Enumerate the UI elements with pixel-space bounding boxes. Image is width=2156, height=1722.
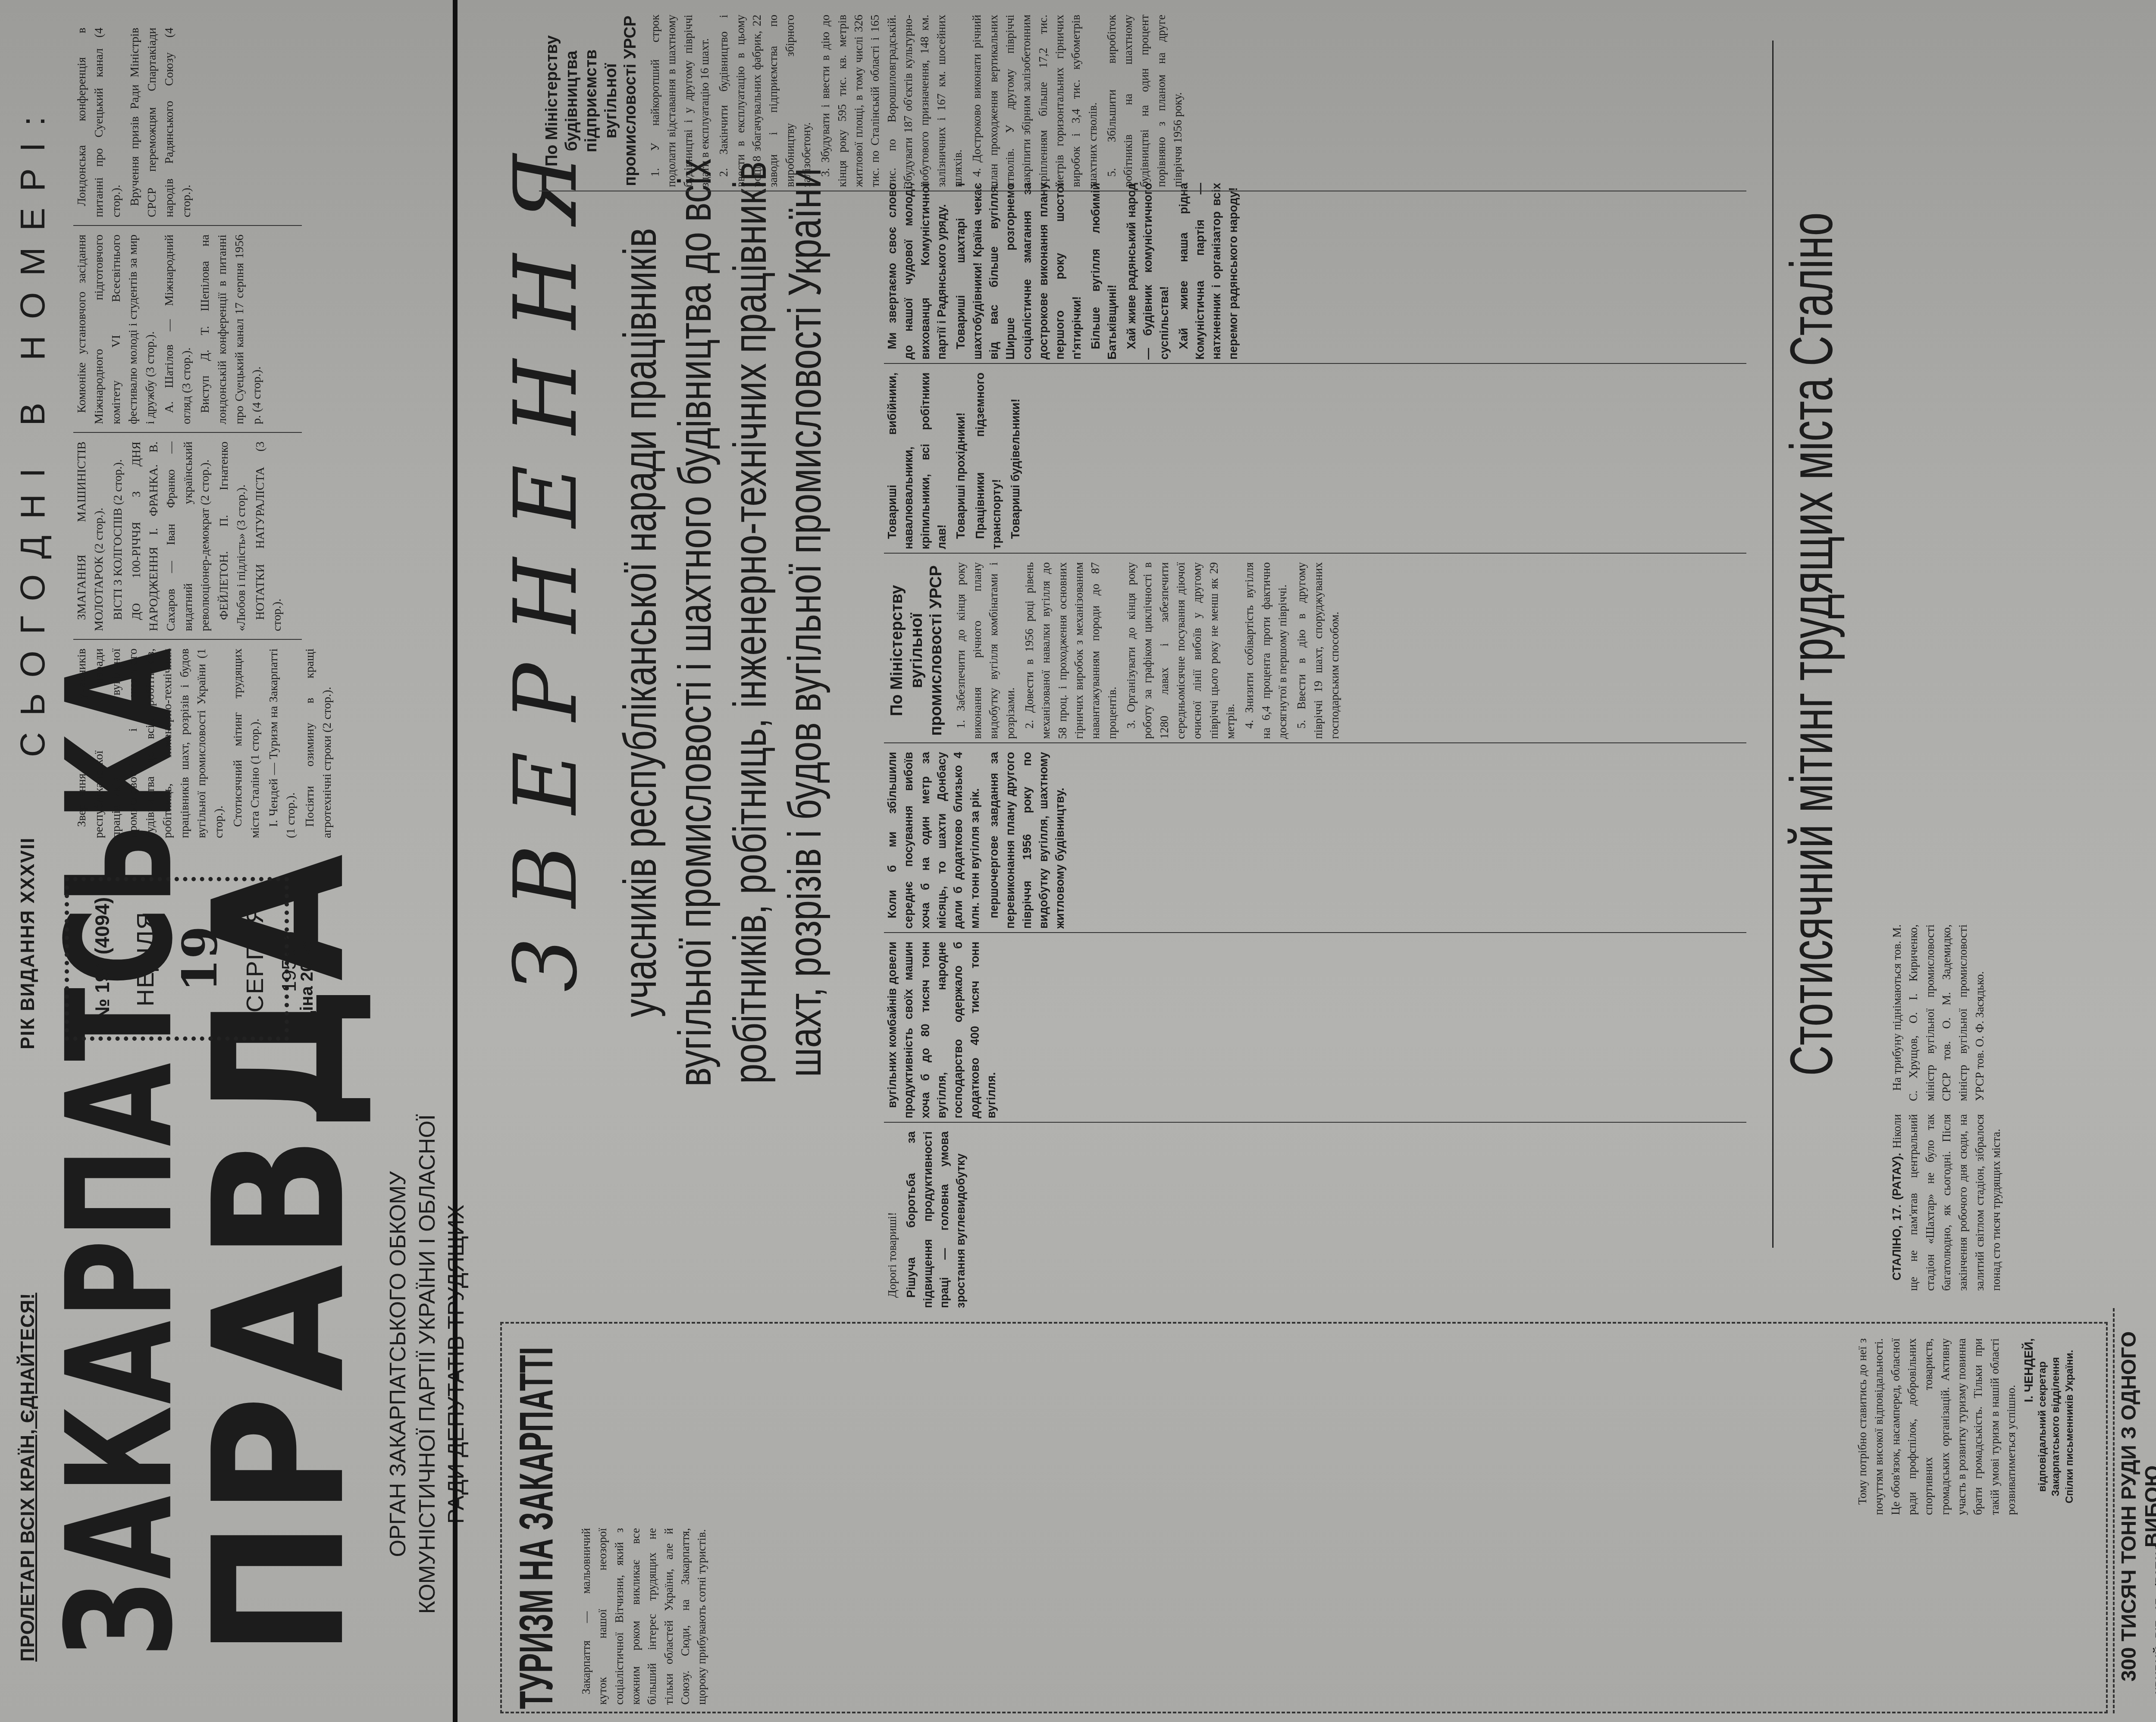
ministry-build-heading: По Міністерству будівництва підприємств … xyxy=(542,15,641,187)
in-this-issue-col-2: ЗМАГАННЯ МАШИНІСТІВ МОЛОТАРОК (2 стор.).… xyxy=(73,441,288,631)
issue-price: Ціна 20 коп. xyxy=(298,923,317,1024)
tourism-author: І. ЧЕНДЕЙ, xyxy=(2022,1338,2036,1515)
appeal-title: ЗВЕРНЕННЯ xyxy=(496,84,596,1032)
ore-headline: 300 ТИСЯЧ ТОНН РУДИ З ОДНОГО ВИБОЮ xyxy=(2117,1308,2156,1705)
issue-number: № 194 (4094) xyxy=(91,881,114,1036)
appeal-lead: вугільних комбайнів довели продуктивніст… xyxy=(886,942,998,1118)
column-rule xyxy=(884,1122,1746,1123)
appeal-col-3: Коли б ми збільшили середнє посування ви… xyxy=(884,752,1071,929)
ministry-build-point: 1. У найкоротший строк подолати відстава… xyxy=(647,15,713,187)
column-rule xyxy=(73,432,302,433)
issue-item: ДО 100-РІЧЧЯ З ДНЯ НАРОДЖЕННЯ І. ФРАНКА.… xyxy=(128,441,214,631)
stalino-lead: Ніколи ще не пам'ятав центральний стадіо… xyxy=(1890,1114,2002,1291)
tourism-col-1: Закарпаття — мальовничий куток нашої нео… xyxy=(578,1528,713,1705)
column-rule xyxy=(884,932,1746,933)
column-rule xyxy=(73,225,302,226)
appeal-closing-line: Хай живе наша рідна Комуністична партія … xyxy=(1177,183,1240,360)
issue-item: Вручення призів Ради Міністрів СРСР пере… xyxy=(126,28,195,217)
issue-item: Звернення учасників республіканської нар… xyxy=(73,648,228,838)
stalino-col-1: СТАЛІНО, 17. (РАТАУ). Ніколи ще не пам'я… xyxy=(1889,1114,2007,1291)
ministry-coal-point: 2. Довести в 1956 році рівень механізова… xyxy=(1021,562,1120,739)
ministry-coal-point: 4. Знизити собівартість вугілля на 6,4 п… xyxy=(1241,562,1291,739)
appeal-closing-line: Товариші шахтарі і шахтобудівники! Країн… xyxy=(954,183,1083,360)
masthead-organ: ОРГАН ЗАКАРПАТСЬКОГО ОБКОМУ КОМУНІСТИЧНО… xyxy=(384,1084,471,1644)
appeal-ministry-build: По Міністерству будівництва підприємств … xyxy=(539,15,1188,187)
issue-weekday: НЕДІЛЯ xyxy=(131,881,159,1036)
appeal-col-2: вугільних комбайнів довели продуктивніст… xyxy=(884,942,1002,1118)
issue-item: Виступ Д. Т. Шепілова на лондонській кон… xyxy=(197,235,265,424)
stalino-col-2: На трибуну піднімаються тов. М. С. Хрущо… xyxy=(1889,924,1990,1101)
appeal-call: Товариші прохідники! xyxy=(954,413,967,539)
appeal-ministry-coal: По Міністерству вугільної промисловості … xyxy=(884,562,1345,739)
ministry-coal-point: 5. Ввести в дію в другому півріччі 19 ша… xyxy=(1293,562,1343,739)
issue-item: І. Чендей — Туризм на Закарпатті (1 стор… xyxy=(265,648,300,838)
ore-dateline: КРИВИЙ РІГ, 17. (РАТАУ). xyxy=(2153,1540,2156,1694)
tourism-author-title: відповідальний секретар Закарпатського в… xyxy=(2036,1338,2076,1515)
appeal-closing-line: Ми звертаємо своє слово до нашої чудової… xyxy=(886,183,948,360)
appeal-closing: Ми звертаємо своє слово до нашої чудової… xyxy=(884,183,1244,360)
tourism-paragraph: Тому потрібно ставитись до неї з почуття… xyxy=(1854,1338,2019,1515)
column-rule xyxy=(884,553,1746,554)
in-this-issue-col-1: Звернення учасників республіканської нар… xyxy=(73,648,337,838)
appeal-pledge: першочергове завдання за перевиконання п… xyxy=(987,752,1066,929)
issue-item: ФЕЙЛЕТОН. П. Ігнатенко «Любов і підлість… xyxy=(216,441,250,631)
in-this-issue-title: СЬОГОДНІ В НОМЕРІ: xyxy=(13,19,53,838)
issue-day: 19 xyxy=(172,881,228,1036)
issue-item: Стотисячний мітинг трудящих міста Сталін… xyxy=(229,648,264,838)
issue-item: ВІСТІ З КОЛГОСПІВ (2 стор.). xyxy=(110,441,127,631)
issue-item: Посіяти озимину в кращі агротехнічні стр… xyxy=(301,648,336,838)
ministry-build-point: 4. Достроково виконати річний план прохо… xyxy=(968,15,1101,187)
ministry-build-point: 2. Закінчити будівництво і ввести в експ… xyxy=(715,15,815,187)
newspaper-page: ПРОЛЕТАРІ ВСІХ КРАЇН, ЄДНАЙТЕСЯ! РІК ВИД… xyxy=(0,0,2156,1722)
appeal-col-1: Дорогі товариші! Рішуча боротьба за підв… xyxy=(884,1131,972,1308)
in-this-issue-col-3: Комюніке установчого засідання Міжнародн… xyxy=(73,235,267,424)
appeal-closing-line: Хай живе радянський народ — будівник ком… xyxy=(1125,183,1171,360)
tourism-paragraph: Закарпаття — мальовничий куток нашої нео… xyxy=(578,1528,710,1705)
section-rule xyxy=(1772,41,1774,1248)
ministry-coal-heading: По Міністерству вугільної промисловості … xyxy=(887,562,946,739)
column-rule xyxy=(73,639,302,640)
stalino-dateline: СТАЛІНО, 17. (РАТАУ). xyxy=(1890,1153,1903,1281)
issue-item: Лондонська конференція в питанні про Суе… xyxy=(73,28,125,217)
issue-date-box: № 194 (4094) НЕДІЛЯ 19 СЕРПНЯ 1956 р. xyxy=(65,877,289,1041)
issue-item: А. Шатілов — Міжнародний огляд (3 стор.)… xyxy=(161,235,195,424)
appeal-comrades: Товариші вибійники, навалювальники, кріп… xyxy=(884,373,1027,549)
appeal-middle: Коли б ми збільшили середнє посування ви… xyxy=(886,752,981,929)
issue-item: НОТАТКИ НАТУРАЛІСТА (3 стор.). xyxy=(252,441,286,631)
ministry-build-point: 3. Збудувати і ввести в дію до кінця рок… xyxy=(817,15,966,187)
masthead-divider xyxy=(453,0,458,1722)
issue-year: 1956 р. xyxy=(277,881,301,1036)
column-rule xyxy=(884,742,1746,743)
appeal-call: Товариші вибійники, навалювальники, кріп… xyxy=(886,373,948,549)
appeal-section-heading: Рішуча боротьба за підвищення продуктивн… xyxy=(905,1131,967,1308)
ore-body: КРИВИЙ РІГ, 17. (РАТАУ). Тут одержано по… xyxy=(2152,1317,2156,1705)
ministry-coal-point: 1. Забезпечити до кінця року виконання р… xyxy=(953,562,1018,739)
issue-month: СЕРПНЯ xyxy=(241,881,269,1036)
issue-item: Комюніке установчого засідання Міжнародн… xyxy=(73,235,159,424)
tourism-headline: ТУРИЗМ НА ЗАКАРПАТТІ xyxy=(509,1479,564,1709)
ministry-coal-point: 3. Організувати до кінця року роботу за … xyxy=(1123,562,1238,739)
appeal-greeting: Дорогі товариші! xyxy=(884,1131,900,1308)
column-rule xyxy=(539,191,1746,191)
appeal-call: Товариші будівельники! xyxy=(1009,399,1022,539)
in-this-issue-col-4: Лондонська конференція в питанні про Суе… xyxy=(73,28,197,217)
issue-item: ЗМАГАННЯ МАШИНІСТІВ МОЛОТАРОК (2 стор.). xyxy=(73,441,108,631)
appeal-closing-line: Більше вугілля любимій Батьківщині! xyxy=(1089,183,1119,360)
appeal-call: Працівники підземного транспорту! xyxy=(974,373,1003,549)
stalino-tribune: На трибуну піднімаються тов. М. С. Хрущо… xyxy=(1889,924,1988,1101)
ore-article-top-border xyxy=(2109,1308,2115,1713)
ministry-build-point: 5. Збільшити виробіток робітників на шах… xyxy=(1103,15,1186,187)
tourism-col-2: Тому потрібно ставитись до неї з почуття… xyxy=(1854,1338,2076,1515)
appeal-subtitle: учасників республіканської наради праців… xyxy=(612,152,832,1093)
stalino-headline: Стотисячний мітинг трудящих міста Сталін… xyxy=(1777,191,1846,1097)
column-rule xyxy=(884,363,1746,364)
